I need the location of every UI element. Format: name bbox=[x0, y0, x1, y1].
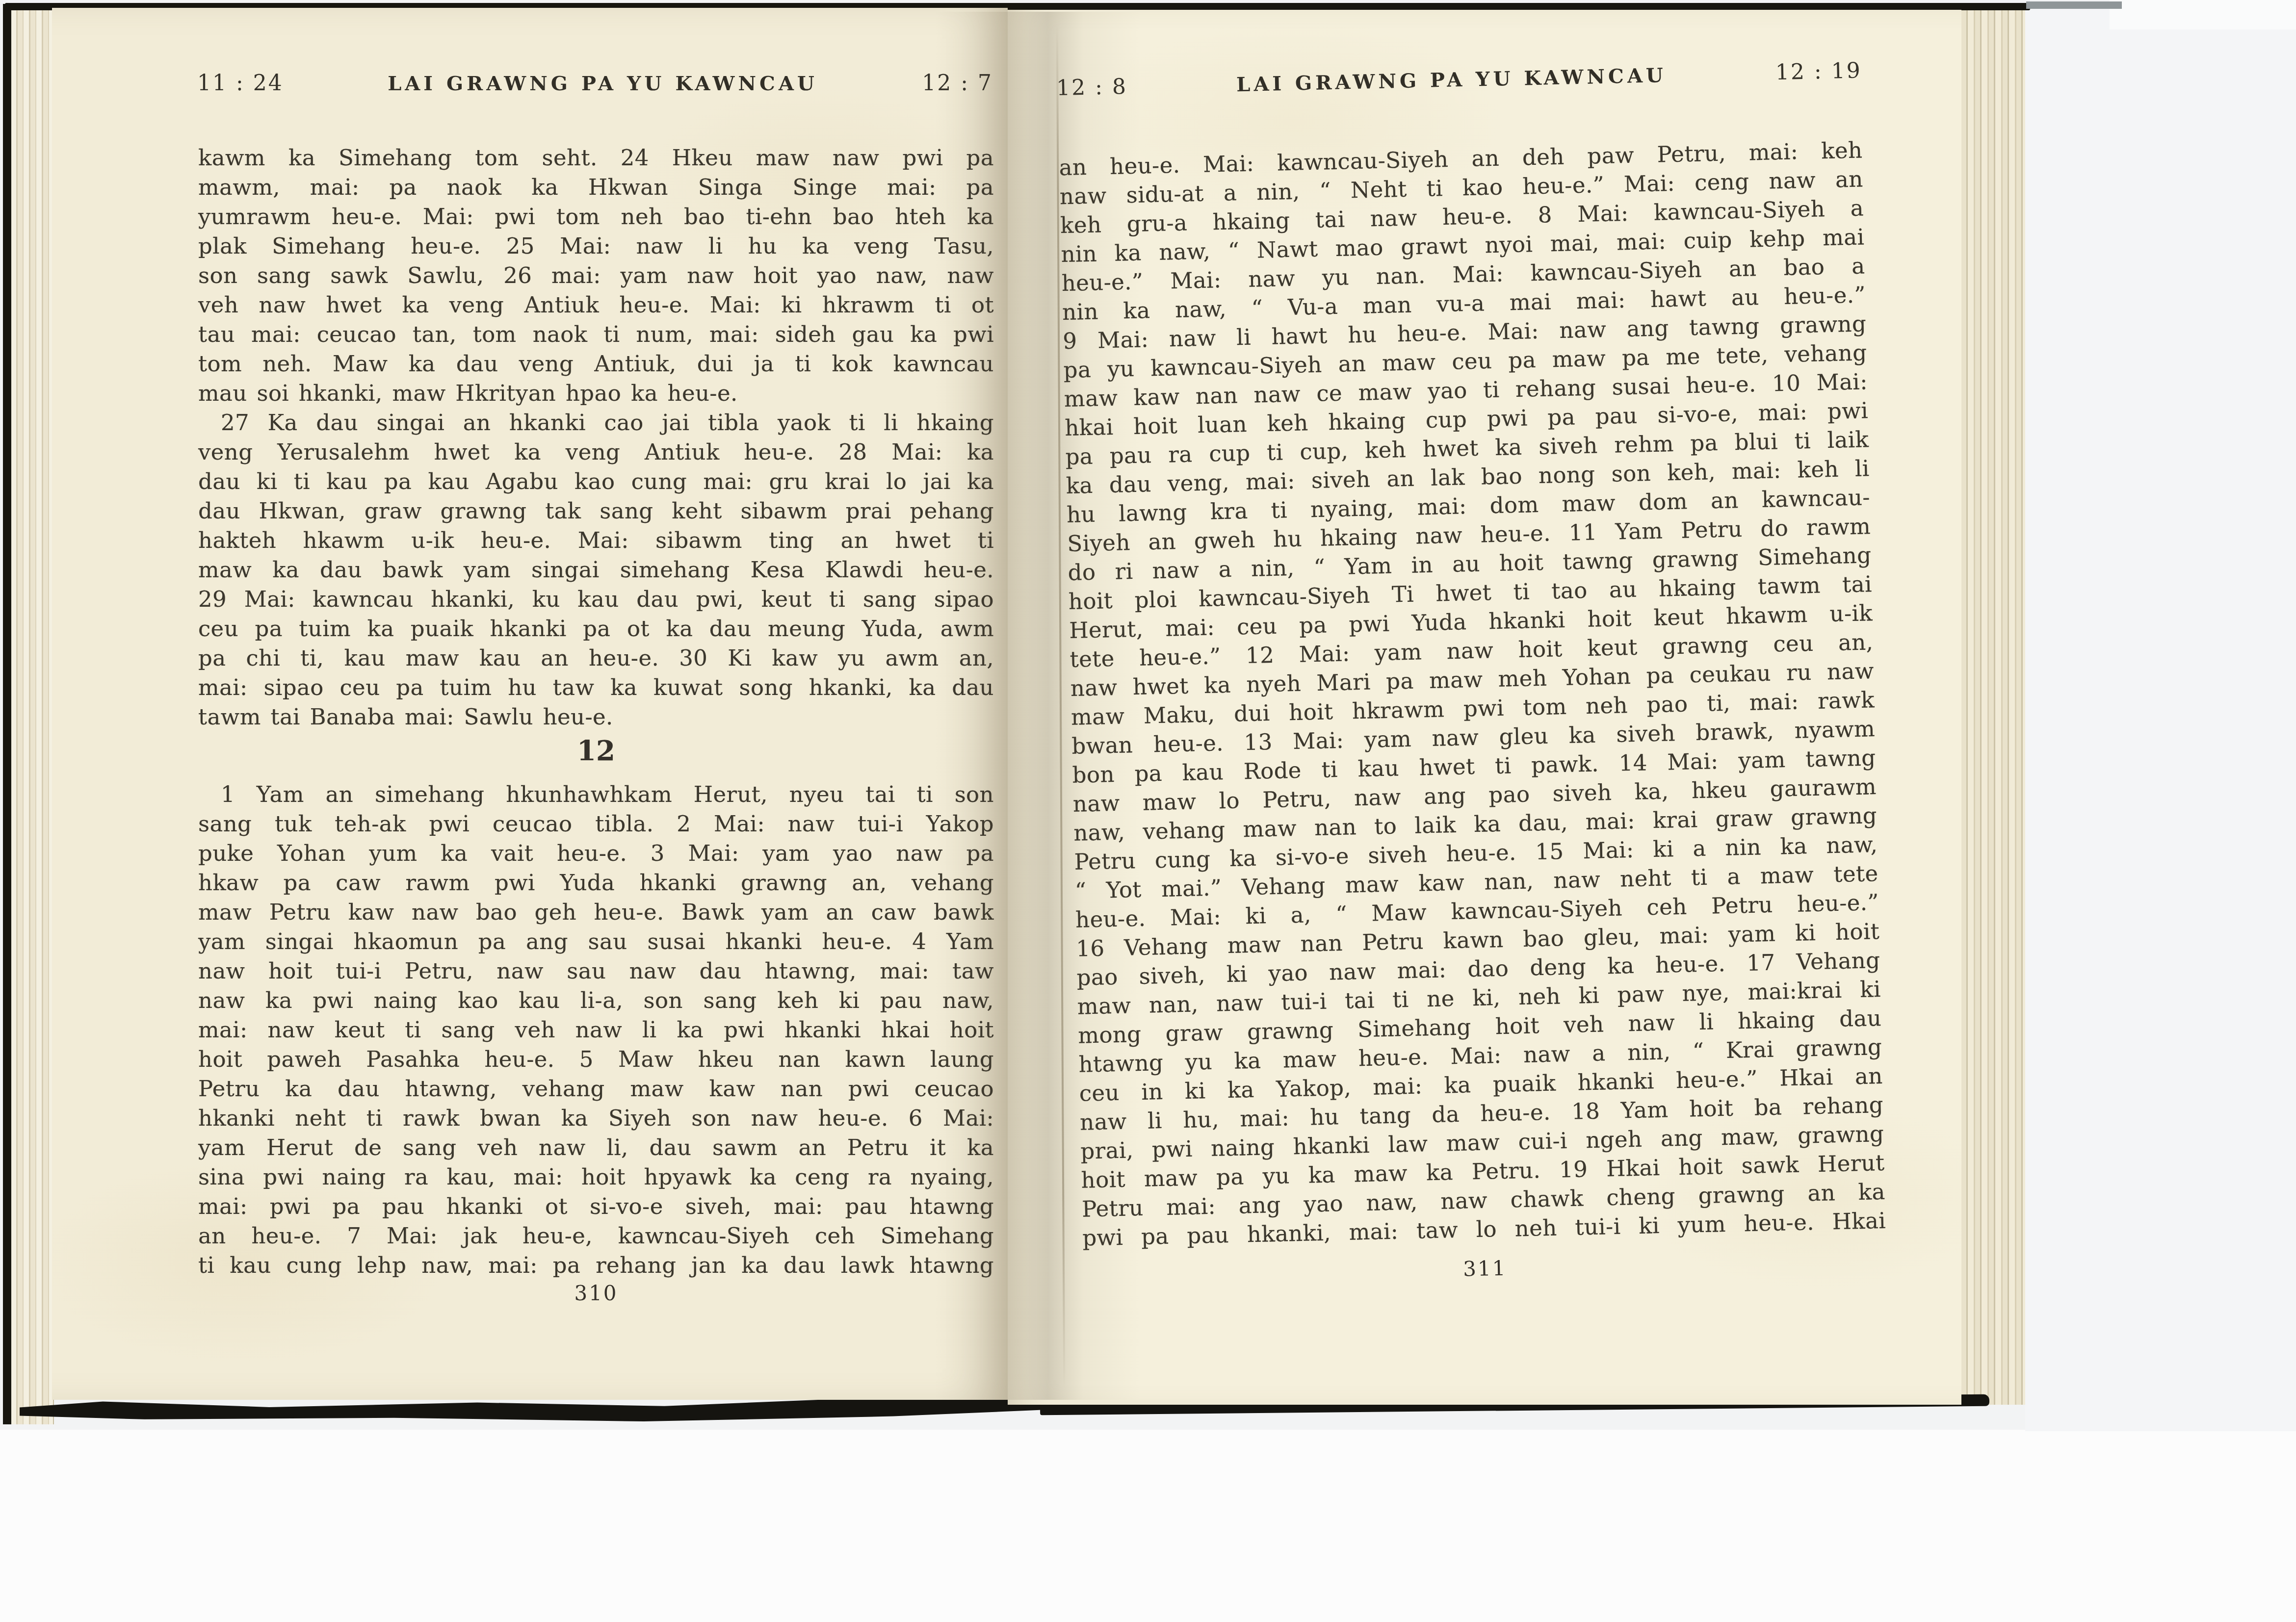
scanner-background-right bbox=[2025, 9, 2296, 1431]
scanner-background-bottom bbox=[0, 1430, 2296, 1622]
text-line: tau mai: ceucao tan, tom naok ti num, ma… bbox=[198, 320, 994, 349]
text-line: kawm ka Simehang tom seht. 24 Hkeu maw n… bbox=[198, 143, 994, 173]
text-line: mai: naw keut ti sang veh naw li ka pwi … bbox=[198, 1015, 994, 1045]
text-line: ti kau cung lehp naw, mai: pa rehang jan… bbox=[198, 1251, 994, 1280]
text-line: veh naw hwet ka veng Antiuk heu-e. Mai: … bbox=[198, 290, 994, 320]
text-line: puke Yohan yum ka vait heu-e. 3 Mai: yam… bbox=[198, 839, 994, 868]
text-line: son sang sawk Sawlu, 26 mai: yam naw hoi… bbox=[198, 261, 994, 290]
right-page-content: 12 : 8 LAI GRAWNG PA YU KAWNCAU 12 : 19 … bbox=[1042, 40, 1904, 1333]
book-cover-top-edge-shadow bbox=[2026, 1, 2122, 9]
left-page: 11 : 24 LAI GRAWNG PA YU KAWNCAU 12 : 7 … bbox=[52, 8, 1008, 1400]
book-cover-left-edge bbox=[3, 4, 11, 1424]
scanner-background-corner bbox=[2110, 0, 2296, 29]
text-line: hakteh hkawm u-ik heu-e. Mai: sibawm tin… bbox=[198, 526, 994, 555]
left-page-number: 310 bbox=[198, 1281, 994, 1305]
left-text-column-bottom: 1 Yam an simehang hkunhawhkam Herut, nye… bbox=[198, 780, 994, 1280]
chapter-number-heading: 12 bbox=[198, 735, 994, 767]
right-running-head: 12 : 8 LAI GRAWNG PA YU KAWNCAU 12 : 19 bbox=[1056, 58, 1862, 101]
text-line: mai: pwi pa pau hkanki ot si-vo-e siveh,… bbox=[198, 1192, 994, 1221]
right-head-verse-ref-right: 12 : 19 bbox=[1775, 58, 1862, 85]
text-line: mau soi hkanki, maw Hkrityan hpao ka heu… bbox=[198, 379, 994, 408]
text-line: 27 Ka dau singai an hkanki cao jai tibla… bbox=[198, 408, 994, 438]
text-line: sina pwi naing ra kau, mai: hoit hpyawk … bbox=[198, 1162, 994, 1192]
text-line: hkaw pa caw rawm pwi Yuda hkanki grawng … bbox=[198, 868, 994, 898]
text-line: naw ka pwi naing kao kau li-a, son sang … bbox=[198, 986, 994, 1015]
text-line: mawm, mai: pa naok ka Hkwan Singa Singe … bbox=[198, 173, 994, 202]
left-head-verse-ref-right: 12 : 7 bbox=[922, 71, 993, 96]
right-page-fore-edge bbox=[1960, 9, 2025, 1405]
text-line: maw Petru kaw naw bao geh heu-e. Bawk ya… bbox=[198, 898, 994, 927]
text-line: mai: sipao ceu pa tuim hu taw ka kuwat s… bbox=[198, 673, 994, 702]
right-page-number: 311 bbox=[1083, 1248, 1887, 1289]
text-line: tom neh. Maw ka dau veng Antiuk, dui ja … bbox=[198, 349, 994, 379]
left-head-book-title: LAI GRAWNG PA YU KAWNCAU bbox=[388, 72, 818, 95]
text-line: 29 Mai: kawncau hkanki, ku kau dau pwi, … bbox=[198, 585, 994, 614]
text-line: maw ka dau bawk yam singai simehang Kesa… bbox=[198, 555, 994, 585]
text-line: hkanki neht ti rawk bwan ka Siyeh son na… bbox=[198, 1104, 994, 1133]
text-line: tawm tai Banaba mai: Sawlu heu-e. bbox=[198, 702, 994, 732]
text-line: yam Herut de sang veh naw li, dau sawm a… bbox=[198, 1133, 994, 1162]
text-line: veng Yerusalehm hwet ka veng Antiuk heu-… bbox=[198, 438, 994, 467]
text-line: Petru ka dau htawng, vehang maw kaw nan … bbox=[198, 1074, 994, 1104]
right-head-verse-ref-left: 12 : 8 bbox=[1056, 74, 1128, 101]
text-line: naw hoit tui-i Petru, naw sau naw dau ht… bbox=[198, 956, 994, 986]
text-line: dau Hkwan, graw grawng tak sang keht sib… bbox=[198, 496, 994, 526]
text-line: hoit paweh Pasahka heu-e. 5 Maw hkeu nan… bbox=[198, 1045, 994, 1074]
right-head-book-title: LAI GRAWNG PA YU KAWNCAU bbox=[1236, 64, 1667, 96]
left-text-column-top: kawm ka Simehang tom seht. 24 Hkeu maw n… bbox=[198, 143, 994, 732]
text-line: an heu-e. 7 Mai: jak heu-e, kawncau-Siye… bbox=[198, 1221, 994, 1251]
text-line: pa chi ti, kau maw kau an heu-e. 30 Ki k… bbox=[198, 644, 994, 673]
scanned-book-spread: 11 : 24 LAI GRAWNG PA YU KAWNCAU 12 : 7 … bbox=[0, 0, 2296, 1622]
text-line: yam singai hkaomun pa ang sau susai hkan… bbox=[198, 927, 994, 956]
text-line: 1 Yam an simehang hkunhawhkam Herut, nye… bbox=[198, 780, 994, 809]
left-running-head: 11 : 24 LAI GRAWNG PA YU KAWNCAU 12 : 7 bbox=[197, 71, 993, 96]
text-line: dau ki ti kau pa kau Agabu kao cung mai:… bbox=[198, 467, 994, 496]
right-text-column: an heu-e. Mai: kawncau-Siyeh an deh paw … bbox=[1059, 135, 1886, 1252]
text-line: sang tuk teh-ak pwi ceucao tibla. 2 Mai:… bbox=[198, 809, 994, 839]
text-line: yumrawm heu-e. Mai: pwi tom neh bao ti-e… bbox=[198, 202, 994, 232]
text-line: ceu pa tuim ka puaik hkanki pa ot ka dau… bbox=[198, 614, 994, 644]
left-head-verse-ref-left: 11 : 24 bbox=[197, 71, 284, 96]
left-page-fore-edge bbox=[11, 7, 54, 1424]
text-line: plak Simehang heu-e. 25 Mai: naw li hu k… bbox=[198, 232, 994, 261]
